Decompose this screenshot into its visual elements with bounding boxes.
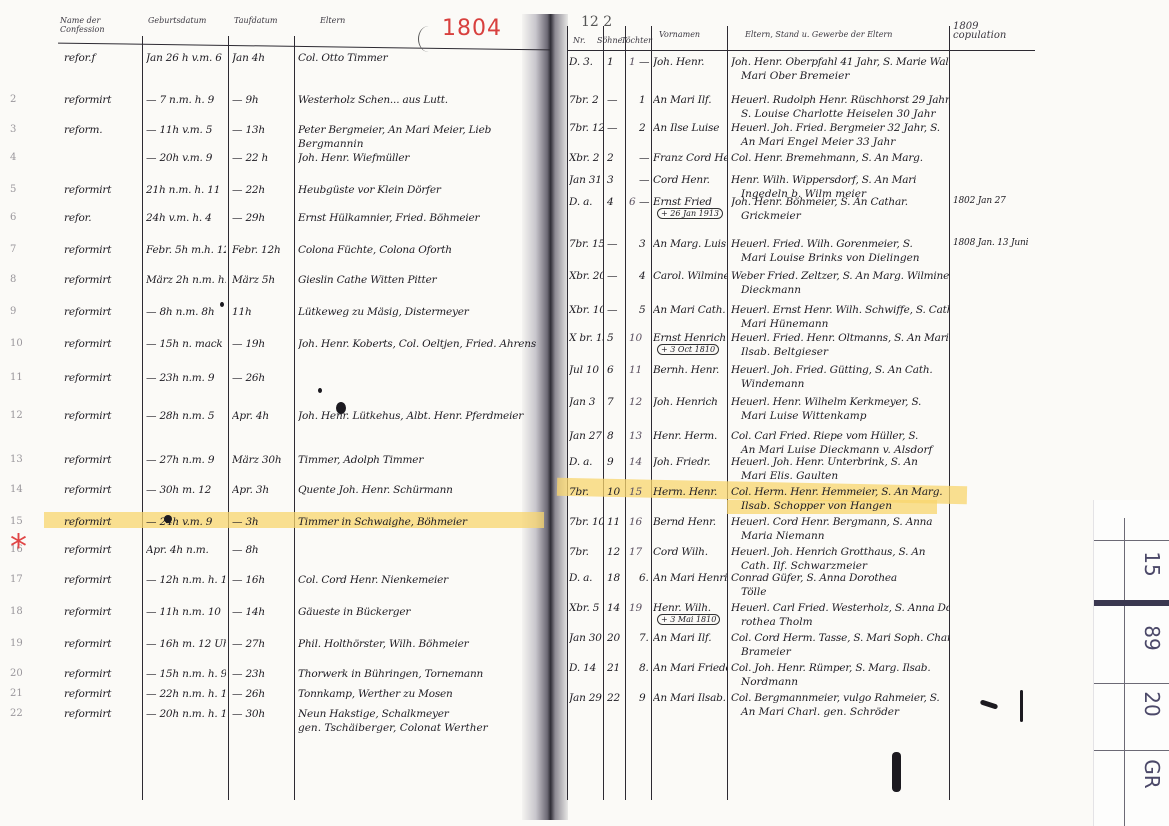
birth-cell: 21h n.m. h. 11 <box>146 184 226 196</box>
parents-cell: Heuerl. Cord Henr. Bergmann, S. Anna <box>731 516 949 528</box>
parents-cell: Heuerl. Carl Fried. Westerholz, S. Anna … <box>731 602 949 614</box>
given-name-cell: Bernh. Henr. <box>653 364 727 376</box>
table-row: 10reformirt— 15h n. mack— 19hJoh. Henr. … <box>58 336 550 356</box>
given-name-cell: An Ilse Luise <box>653 122 727 134</box>
parents-continuation: Mari Elis. Gaulten <box>741 470 838 482</box>
nr-cell: 1 <box>607 56 625 68</box>
parents-continuation: Tölle <box>741 586 766 598</box>
table-row: 7br.1217Cord Wilh.Heuerl. Joh. Henrich G… <box>555 544 1035 564</box>
confession-cell: reformirt <box>64 544 140 556</box>
nr-cell: 20 <box>607 632 625 644</box>
baptism-cell: — 16h <box>232 574 292 586</box>
death-note: + 26 Jan 1913 <box>657 208 723 219</box>
death-note: + 3 Oct 1810 <box>657 344 719 355</box>
header-given-names: Vornamen <box>659 30 700 39</box>
table-row: 5reformirt21h n.m. h. 11— 22hHeubgüste v… <box>58 182 550 202</box>
nr-cell: 22 <box>607 692 625 704</box>
parents-cell: Neun Hakstige, Schalkmeyer <box>298 708 548 720</box>
baptism-cell: — 3h <box>232 516 292 528</box>
margin-number: 19 <box>10 638 23 649</box>
baptism-cell: Apr. 3h <box>232 484 292 496</box>
margin-number: 6 <box>10 212 16 223</box>
table-row: 16reformirtApr. 4h n.m.— 8h <box>58 542 550 562</box>
confession-cell: reformirt <box>64 244 140 256</box>
given-name-cell: Cord Wilh. <box>653 546 727 558</box>
parents-continuation: Ilsab. Beltgieser <box>741 346 828 358</box>
table-row: Jan 30207.An Mari Ilf.Col. Cord Herm. Ta… <box>555 630 1035 650</box>
parents-cell: Col. Otto Timmer <box>298 52 548 64</box>
table-row: D. a.46—Ernst Fried+ 26 Jan 1913Joh. Hen… <box>555 194 1035 214</box>
header-birth: Geburtsdatum <box>148 16 206 25</box>
given-name-cell: Henr. Herm. <box>653 430 727 442</box>
parents-cell: Heuerl. Joh. Henr. Unterbrink, S. An <box>731 456 949 468</box>
nr-cell: 7 <box>607 396 625 408</box>
table-row: 6refor.24h v.m. h. 4— 29hErnst Hülkamnie… <box>58 210 550 230</box>
ink-blot <box>336 402 346 414</box>
parents-continuation: Dieckmann <box>741 284 801 296</box>
birth-cell: — 23h n.m. 9 <box>146 372 226 384</box>
parents-cell: Joh. Henr. Lütkehus, Albt. Henr. Pferdme… <box>298 410 548 422</box>
given-name-cell: Henr. Wilh. <box>653 602 727 614</box>
parents-cell: Peter Bergmeier, An Mari Meier, Lieb <box>298 124 548 136</box>
date-cell: Jan 3 <box>569 396 603 408</box>
parents-continuation: Grickmeier <box>741 210 801 222</box>
table-row: 22reformirt— 20h n.m. h. 10— 30hNeun Hak… <box>58 706 550 726</box>
confession-cell: reformirt <box>64 606 140 618</box>
table-row: 13reformirt— 27h n.m. 9März 30hTimmer, A… <box>58 452 550 472</box>
margin-number: 14 <box>10 484 23 495</box>
parents-cell: Col. Bergmannmeier, vulgo Rahmeier, S. <box>731 692 949 704</box>
parents-continuation: Mari Luise Wittenkamp <box>741 410 866 422</box>
parents-cell: Col. Henr. Bremehmann, S. An Marg. <box>731 152 949 164</box>
given-name-cell: Ernst Henrich <box>653 332 727 344</box>
sons-cell: 10 <box>629 332 649 344</box>
margin-number: 17 <box>10 574 23 585</box>
birth-cell: — 20h v.m. 9 <box>146 152 226 164</box>
table-row: Jul 10611Bernh. Henr.Heuerl. Joh. Fried.… <box>555 362 1035 382</box>
parents-continuation: Maria Niemann <box>741 530 825 542</box>
confession-cell: reformirt <box>64 638 140 650</box>
sons-cell: 17 <box>629 546 649 558</box>
table-row: 9reformirt— 8h n.m. 8h11hLütkeweg zu Mäs… <box>58 304 550 324</box>
header-confession: Name der Confession <box>60 16 140 34</box>
parents-cell: Ernst Hülkamnier, Fried. Böhmeier <box>298 212 548 224</box>
given-name-cell: An Mari Friede. <box>653 662 727 674</box>
baptism-cell: — 22h <box>232 184 292 196</box>
margin-number: 9 <box>10 306 16 317</box>
nr-cell: 18 <box>607 572 625 584</box>
parents-cell: Col. Cord Herm. Tasse, S. Mari Soph. Cha… <box>731 632 949 644</box>
parents-cell: Colona Füchte, Colona Oforth <box>298 244 548 256</box>
parents-cell: Heuerl. Henr. Wilhelm Kerkmeyer, S. <box>731 396 949 408</box>
margin-number: 21 <box>10 688 23 699</box>
date-cell: 7br. <box>569 486 603 498</box>
parents-cell: Lütkeweg zu Mäsig, Distermeyer <box>298 306 548 318</box>
ink-mark <box>1020 690 1023 722</box>
baptism-cell: — 27h <box>232 638 292 650</box>
table-row: refor.fJan 26 h v.m. 6Jan 4hCol. Otto Ti… <box>58 50 550 70</box>
given-name-cell: Bernd Henr. <box>653 516 727 528</box>
nr-cell: 5 <box>607 332 625 344</box>
table-row: 20reformirt— 15h n.m. h. 9— 23hThorwerk … <box>58 666 550 686</box>
date-cell: D. a. <box>569 572 603 584</box>
nr-cell: 6 <box>607 364 625 376</box>
confession-cell: reformirt <box>64 574 140 586</box>
nr-cell: 2 <box>607 152 625 164</box>
baptism-cell: — 13h <box>232 124 292 136</box>
nr-cell: 4 <box>607 196 625 208</box>
parents-cell: Westerholz Schen... aus Lutt. <box>298 94 548 106</box>
parents-cell: Gäueste in Bückerger <box>298 606 548 618</box>
header-baptism: Taufdatum <box>234 16 277 25</box>
sons-cell: 15 <box>629 486 649 498</box>
confession-cell: reformirt <box>64 668 140 680</box>
nr-cell: 9 <box>607 456 625 468</box>
confession-cell: refor. <box>64 212 140 224</box>
margin-number: 18 <box>10 606 23 617</box>
parents-cell: Joh. Henr. Oberpfahl 41 Jahr, S. Marie W… <box>731 56 949 68</box>
ink-blot <box>220 302 224 307</box>
parents-continuation: S. Louise Charlotte Heiselen 30 Jahr <box>741 108 936 120</box>
margin-number: 13 <box>10 454 23 465</box>
table-row: Jan 27813Henr. Herm.Col. Carl Fried. Rie… <box>555 428 1035 448</box>
table-row: 11reformirt— 23h n.m. 9— 26h <box>58 370 550 390</box>
baptism-cell: März 30h <box>232 454 292 466</box>
birth-cell: Jan 26 h v.m. 6 <box>146 52 226 64</box>
birth-cell: — 7 n.m. h. 9 <box>146 94 226 106</box>
given-name-cell: An Mari Cath. <box>653 304 727 316</box>
parents-cell: Tonnkamp, Werther zu Mosen <box>298 688 548 700</box>
header-parents: Eltern <box>320 16 345 25</box>
parents-continuation: Nordmann <box>741 676 798 688</box>
birth-cell: — 11h v.m. 5 <box>146 124 226 136</box>
nr-cell: 8 <box>607 430 625 442</box>
date-cell: Jan 29 <box>569 692 603 704</box>
date-cell: 7br. 2 <box>569 94 603 106</box>
birth-cell: — 24h v.m. 9 <box>146 516 226 528</box>
birth-cell: — 30h m. 12 <box>146 484 226 496</box>
given-name-cell: An Mari Ilf. <box>653 94 727 106</box>
table-row: Xbr. 22—Franz Cord Henr.Col. Henr. Breme… <box>555 150 1035 170</box>
parents-cell: Heuerl. Ernst Henr. Wilh. Schwiffe, S. C… <box>731 304 949 316</box>
confession-cell: reform. <box>64 124 140 136</box>
confession-cell: reformirt <box>64 372 140 384</box>
birth-cell: — 8h n.m. 8h <box>146 306 226 318</box>
ink-blot <box>318 388 322 393</box>
parents-continuation: gen. Tschäiberger, Colonat Werther <box>298 722 488 734</box>
given-name-cell: Franz Cord Henr. <box>653 152 727 164</box>
table-row: Xbr. 10—5An Mari Cath.Heuerl. Ernst Henr… <box>555 302 1035 322</box>
header-rule <box>567 50 1035 51</box>
date-cell: Xbr. 10 <box>569 304 603 316</box>
table-row: 21reformirt— 22h n.m. h. 11— 26hTonnkamp… <box>58 686 550 706</box>
nr-cell: — <box>607 270 625 282</box>
sons-cell: 16 <box>629 516 649 528</box>
table-row: 19reformirt— 16h m. 12 Uhr— 27hPhil. Hol… <box>58 636 550 656</box>
nr-cell: 14 <box>607 602 625 614</box>
parents-cell: Conrad Güfer, S. Anna Dorothea <box>731 572 949 584</box>
archive-label-strip: 15 89 20 GR <box>1093 500 1169 826</box>
parents-cell: Timmer, Adolph Timmer <box>298 454 548 466</box>
strip-bar <box>1094 600 1169 606</box>
table-row: Xbr. 20—4Carol. Wilmine AnnaWeber Fried.… <box>555 268 1035 288</box>
given-name-cell: Carol. Wilmine Anna <box>653 270 727 282</box>
table-row: 7br. 2—1An Mari Ilf.Heuerl. Rudolph Henr… <box>555 92 1035 112</box>
baptism-cell: März 5h <box>232 274 292 286</box>
table-row: 18reformirt— 11h n.m. 10— 14hGäueste in … <box>58 604 550 624</box>
strip-label: 20 <box>1140 686 1164 722</box>
margin-number: 4 <box>10 152 16 163</box>
parents-continuation: Windemann <box>741 378 804 390</box>
margin-number: 8 <box>10 274 16 285</box>
confession-cell: reformirt <box>64 274 140 286</box>
birth-cell: — 22h n.m. h. 11 <box>146 688 226 700</box>
parents-continuation: Brameier <box>741 646 791 658</box>
confession-cell: reformirt <box>64 484 140 496</box>
date-cell: X br. 13 <box>569 332 603 344</box>
margin-number: 7 <box>10 244 16 255</box>
parents-cell: Heuerl. Rudolph Henr. Rüschhorst 29 Jahr… <box>731 94 949 106</box>
strip-rule <box>1094 540 1169 541</box>
table-row: 12reformirt— 28h n.m. 5Apr. 4hJoh. Henr.… <box>58 408 550 428</box>
margin-number: 5 <box>10 184 16 195</box>
sons-cell: 11 <box>629 364 649 376</box>
sons-cell: 19 <box>629 602 649 614</box>
date-cell: 7br. <box>569 546 603 558</box>
header-parents: Eltern, Stand u. Gewerbe der Eltern <box>745 30 945 39</box>
table-row: 4— 20h v.m. 9— 22 hJoh. Henr. Wiefmüller <box>58 150 550 170</box>
strip-divider <box>1124 518 1125 826</box>
baptism-cell: Jan 4h <box>232 52 292 64</box>
table-row: 15reformirt— 24h v.m. 9— 3hTimmer in Sch… <box>58 514 550 534</box>
baptism-cell: — 22 h <box>232 152 292 164</box>
birth-cell: März 2h n.m. h. 8 <box>146 274 226 286</box>
parents-cell: Heubgüste vor Klein Dörfer <box>298 184 548 196</box>
date-cell: 7br. 15 <box>569 238 603 250</box>
given-name-cell: Joh. Henr. <box>653 56 727 68</box>
table-row: Jan 313—Cord Henr.Henr. Wilh. Wippersdor… <box>555 172 1035 192</box>
table-row: 7br.1015Herm. Henr.Col. Herm. Henr. Hemm… <box>555 484 1035 504</box>
birth-cell: — 28h n.m. 5 <box>146 410 226 422</box>
parents-cell: Joh. Henr. Koberts, Col. Oeltjen, Fried.… <box>298 338 548 350</box>
baptism-cell: — 19h <box>232 338 292 350</box>
parents-cell: Joh. Henr. Böhmeier, S. An Cathar. <box>731 196 949 208</box>
parents-continuation: An Mari Charl. gen. Schröder <box>741 706 899 718</box>
parents-cell: Thorwerk in Bühringen, Tornemann <box>298 668 548 680</box>
nr-cell: — <box>607 238 625 250</box>
given-name-cell: An Marg. Luis. <box>653 238 727 250</box>
table-row: D. a.186.An Mari HenrietConrad Güfer, S.… <box>555 570 1035 590</box>
parents-continuation: An Mari Engel Meier 33 Jahr <box>741 136 895 148</box>
strip-label: 15 <box>1140 546 1164 582</box>
birth-cell: — 12h n.m. h. 12 <box>146 574 226 586</box>
baptism-cell: — 8h <box>232 544 292 556</box>
year-annotation: 1804 <box>442 16 502 41</box>
parents-cell: Col. Carl Fried. Riepe vom Hüller, S. <box>731 430 949 442</box>
nr-cell: — <box>607 304 625 316</box>
margin-number: 20 <box>10 668 23 679</box>
birth-cell: — 16h m. 12 Uhr <box>146 638 226 650</box>
confession-cell: reformirt <box>64 516 140 528</box>
date-cell: 7br. 10 <box>569 516 603 528</box>
confession-cell: reformirt <box>64 94 140 106</box>
baptism-cell: — 26h <box>232 372 292 384</box>
strip-rule <box>1094 750 1169 751</box>
parents-continuation: Mari Louise Brinks von Dielingen <box>741 252 920 264</box>
margin-number: 22 <box>10 708 23 719</box>
parents-cell: Heuerl. Joh. Fried. Bergmeier 32 Jahr, S… <box>731 122 949 134</box>
margin-number: 2 <box>10 94 16 105</box>
left-register-page: Name der Confession Geburtsdatum Taufdat… <box>58 14 550 820</box>
birth-cell: — 15h n. mack <box>146 338 226 350</box>
table-row: Jan 3712Joh. HenrichHeuerl. Henr. Wilhel… <box>555 394 1035 414</box>
table-row: Jan 29229An Mari Ilsab.Col. Bergmannmeie… <box>555 690 1035 710</box>
nr-cell: — <box>607 122 625 134</box>
date-cell: 7br. 12 <box>569 122 603 134</box>
table-row: 8reformirtMärz 2h n.m. h. 8März 5hGiesli… <box>58 272 550 292</box>
parents-cell: Heuerl. Fried. Wilh. Gorenmeier, S. <box>731 238 949 250</box>
margin-number: 11 <box>10 372 23 383</box>
table-row: 3reform.— 11h v.m. 5— 13hPeter Bergmeier… <box>58 122 550 142</box>
table-row: 14reformirt— 30h m. 12Apr. 3hQuente Joh.… <box>58 482 550 502</box>
nr-cell: 11 <box>607 516 625 528</box>
birth-cell: Febr. 5h m.h. 12 <box>146 244 226 256</box>
given-name-cell: Herm. Henr. <box>653 486 727 498</box>
table-row: X br. 13510Ernst Henrich+ 3 Oct 1810Heue… <box>555 330 1035 350</box>
parents-cell: Heuerl. Joh. Henrich Grotthaus, S. An <box>731 546 949 558</box>
header-copulation: 1809 copulation <box>953 22 1033 40</box>
date-cell: Jan 30 <box>569 632 603 644</box>
parents-continuation: rothea Tholm <box>741 616 813 628</box>
parents-continuation: Bergmannin <box>298 138 364 150</box>
strip-label: 89 <box>1140 620 1164 656</box>
table-row: D. 3.11—Joh. Henr.Joh. Henr. Oberpfahl 4… <box>555 54 1035 74</box>
table-row: 17reformirt— 12h n.m. h. 12— 16hCol. Cor… <box>58 572 550 592</box>
ink-blot <box>164 515 172 523</box>
baptism-cell: — 26h <box>232 688 292 700</box>
date-cell: Xbr. 20 <box>569 270 603 282</box>
parents-continuation: Mari Ober Bremeier <box>741 70 849 82</box>
nr-cell: 10 <box>607 486 625 498</box>
birth-cell: — 11h n.m. 10 <box>146 606 226 618</box>
table-row: D. 14218.An Mari Friede.Col. Joh. Henr. … <box>555 660 1035 680</box>
margin-number: 3 <box>10 124 16 135</box>
birth-cell: — 27h n.m. 9 <box>146 454 226 466</box>
birth-cell: — 15h n.m. h. 9 <box>146 668 226 680</box>
given-name-cell: An Mari Ilsab. <box>653 692 727 704</box>
date-cell: Jan 31 <box>569 174 603 186</box>
birth-cell: 24h v.m. h. 4 <box>146 212 226 224</box>
given-name-cell: Ernst Fried <box>653 196 727 208</box>
parents-cell: Phil. Holthörster, Wilh. Böhmeier <box>298 638 548 650</box>
sons-cell: 14 <box>629 456 649 468</box>
date-cell: D. 3. <box>569 56 603 68</box>
parents-cell: Timmer in Schwaighe, Böhmeier <box>298 516 548 528</box>
baptism-cell: — 30h <box>232 708 292 720</box>
parents-cell: Gieslin Cathe Witten Pitter <box>298 274 548 286</box>
table-row: 7br. 12—2An Ilse LuiseHeuerl. Joh. Fried… <box>555 120 1035 140</box>
death-note: + 3 Mai 1810 <box>657 614 720 625</box>
parents-cell: Col. Herm. Henr. Hemmeier, S. An Marg. <box>731 486 949 498</box>
baptism-cell: — 9h <box>232 94 292 106</box>
parents-continuation: Mari Hünemann <box>741 318 828 330</box>
parents-cell: Col. Joh. Henr. Rümper, S. Marg. Ilsab. <box>731 662 949 674</box>
given-name-cell: An Mari Henriet <box>653 572 727 584</box>
baptism-cell: 11h <box>232 306 292 318</box>
margin-number: 12 <box>10 410 23 421</box>
parents-cell: Col. Cord Henr. Nienkemeier <box>298 574 548 586</box>
date-cell: D. 14 <box>569 662 603 674</box>
sons-cell: 12 <box>629 396 649 408</box>
baptism-cell: Apr. 4h <box>232 410 292 422</box>
baptism-cell: — 29h <box>232 212 292 224</box>
parents-cell: Weber Fried. Zeltzer, S. An Marg. Wilmin… <box>731 270 949 282</box>
copulation-note: 1808 Jan. 13 Juni <box>953 238 1033 248</box>
confession-cell: reformirt <box>64 708 140 720</box>
confession-cell: reformirt <box>64 454 140 466</box>
bracket-mark <box>418 26 439 52</box>
date-cell: Jan 27 <box>569 430 603 442</box>
table-row: 7reformirtFebr. 5h m.h. 12Febr. 12hColon… <box>58 242 550 262</box>
nr-cell: 3 <box>607 174 625 186</box>
confession-cell: reformirt <box>64 688 140 700</box>
given-name-cell: Joh. Friedr. <box>653 456 727 468</box>
parents-continuation: Ilsab. Schopper von Hangen <box>741 500 892 512</box>
birth-cell: Apr. 4h n.m. <box>146 544 226 556</box>
table-row: 7br. 15—3An Marg. Luis.Heuerl. Fried. Wi… <box>555 236 1035 256</box>
nr-cell: 21 <box>607 662 625 674</box>
given-name-cell: An Mari Ilf. <box>653 632 727 644</box>
header-nr: Nr. <box>573 36 586 45</box>
table-row: D. a.914Joh. Friedr.Heuerl. Joh. Henr. U… <box>555 454 1035 474</box>
ink-blot <box>892 752 901 792</box>
confession-cell: reformirt <box>64 410 140 422</box>
birth-cell: — 20h n.m. h. 10 <box>146 708 226 720</box>
confession-cell: reformirt <box>64 306 140 318</box>
header-sons: Söhne <box>597 36 622 45</box>
date-cell: D. a. <box>569 196 603 208</box>
confession-cell: reformirt <box>64 184 140 196</box>
date-cell: Xbr. 2 <box>569 152 603 164</box>
table-row: Xbr. 51419Henr. Wilh.+ 3 Mai 1810Heuerl.… <box>555 600 1035 620</box>
parents-cell: Joh. Henr. Wiefmüller <box>298 152 548 164</box>
parents-cell: Quente Joh. Henr. Schürmann <box>298 484 548 496</box>
top-numbers: 12 2 <box>581 18 612 27</box>
table-row: 7br. 101116Bernd Henr.Heuerl. Cord Henr.… <box>555 514 1035 534</box>
baptism-cell: — 14h <box>232 606 292 618</box>
nr-cell: 12 <box>607 546 625 558</box>
date-cell: D. a. <box>569 456 603 468</box>
sons-cell: 13 <box>629 430 649 442</box>
strip-label: GR <box>1140 756 1164 792</box>
copulation-note: 1802 Jan 27 <box>953 196 1033 206</box>
parents-cell: Heuerl. Fried. Henr. Oltmanns, S. An Mar… <box>731 332 949 344</box>
margin-number: 15 <box>10 516 23 527</box>
given-name-cell: Cord Henr. <box>653 174 727 186</box>
strip-rule <box>1094 683 1169 684</box>
right-register-page: 12 2 Nr. Söhne Töchter Vornamen Eltern, … <box>555 14 1035 820</box>
date-cell: Xbr. 5 <box>569 602 603 614</box>
baptism-cell: — 23h <box>232 668 292 680</box>
margin-number: 10 <box>10 338 23 349</box>
nr-cell: — <box>607 94 625 106</box>
parents-cell: Heuerl. Joh. Fried. Gütting, S. An Cath. <box>731 364 949 376</box>
baptism-cell: Febr. 12h <box>232 244 292 256</box>
date-cell: Jul 10 <box>569 364 603 376</box>
confession-cell: refor.f <box>64 52 140 64</box>
confession-cell: reformirt <box>64 338 140 350</box>
given-name-cell: Joh. Henrich <box>653 396 727 408</box>
